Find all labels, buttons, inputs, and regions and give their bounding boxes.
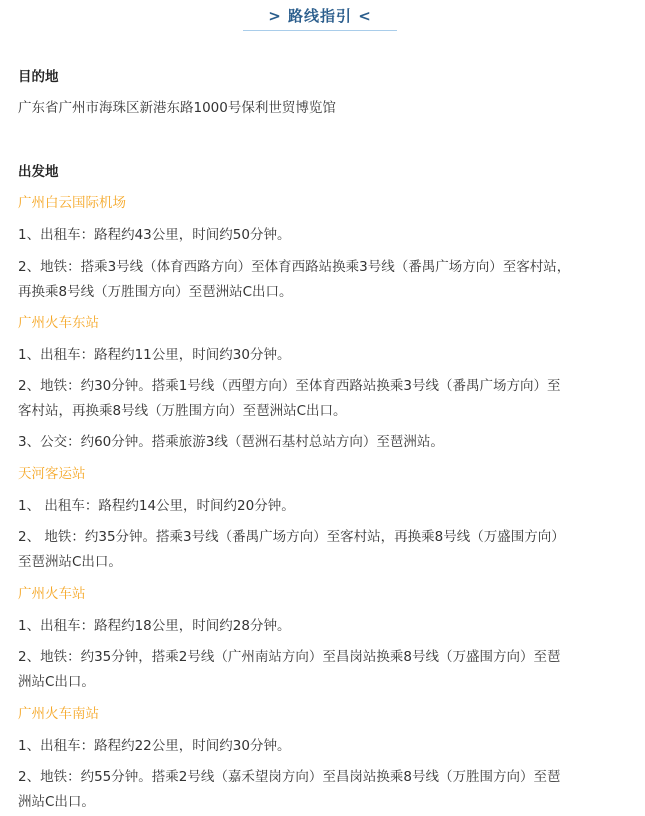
route-line: 2、 地铁：约35分钟。搭乘3号线（番禺广场方向）至客村站，再换乘8号线（万盛围… (18, 528, 565, 546)
route-line: 再换乘8号线（万胜围方向）至琶洲站C出口。 (18, 283, 293, 301)
route-line: 2、地铁：搭乘3号线（体育西路方向）至体育西路站换乘3号线（番禺广场方向）至客村… (18, 258, 570, 276)
section-heading-railway-station: 广州火车站 (18, 585, 86, 603)
section-heading-south-station: 广州火车南站 (18, 705, 99, 723)
route-line: 洲站C出口。 (18, 673, 95, 691)
section-heading-tianhe-bus: 天河客运站 (18, 465, 86, 483)
page-title: > 路线指引 < (268, 5, 372, 26)
route-line: 2、地铁：约55分钟。搭乘2号线（嘉禾望岗方向）至昌岗站换乘8号线（万胜围方向）… (18, 768, 560, 786)
section-heading-baiyun-airport: 广州白云国际机场 (18, 194, 126, 212)
destination-label: 目的地 (18, 68, 59, 86)
route-guide-header: > 路线指引 < (243, 0, 397, 31)
route-line: 1、出租车：路程约43公里，时间约50分钟。 (18, 226, 290, 244)
route-line: 1、出租车：路程约22公里，时间约30分钟。 (18, 737, 290, 755)
destination-address: 广东省广州市海珠区新港东路1000号保利世贸博览馆 (18, 99, 336, 117)
route-line: 1、 出租车：路程约14公里，时间约20分钟。 (18, 497, 295, 515)
route-line: 1、出租车：路程约11公里，时间约30分钟。 (18, 346, 290, 364)
route-line: 2、地铁：约30分钟。搭乘1号线（西塱方向）至体育西路站换乘3号线（番禺广场方向… (18, 377, 560, 395)
route-line: 3、公交：约60分钟。搭乘旅游3线（琶洲石基村总站方向）至琶洲站。 (18, 433, 444, 451)
route-line: 洲站C出口。 (18, 793, 95, 811)
route-line: 客村站，再换乘8号线（万胜围方向）至琶洲站C出口。 (18, 402, 347, 420)
origin-label: 出发地 (18, 163, 59, 181)
route-line: 1、出租车：路程约18公里，时间约28分钟。 (18, 617, 290, 635)
section-heading-east-station: 广州火车东站 (18, 314, 99, 332)
route-line: 至琶洲站C出口。 (18, 553, 122, 571)
route-line: 2、地铁：约35分钟，搭乘2号线（广州南站方向）至昌岗站换乘8号线（万盛围方向）… (18, 648, 560, 666)
